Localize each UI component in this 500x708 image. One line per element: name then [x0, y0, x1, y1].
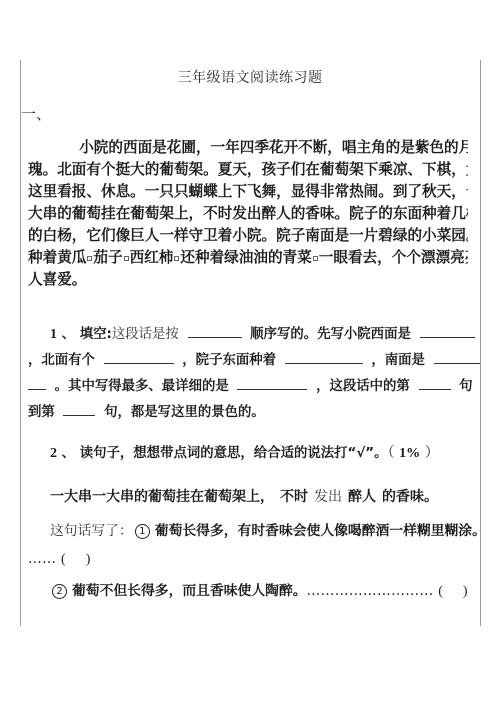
option-1-line: 这句话写了：1葡萄长得多，有时香味会使人像喝醉酒一样糊里糊涂。	[28, 520, 468, 548]
passage-line: 人喜爱。	[28, 269, 468, 291]
question-label: 填空:	[80, 327, 112, 342]
score-value: 1%	[399, 446, 420, 461]
passage-fragment: 种着黄瓜	[28, 249, 86, 266]
dotted-word: 发出	[314, 489, 342, 505]
question-number: 2	[50, 446, 57, 461]
passage-fragment: 茄子	[93, 249, 122, 266]
question-text: 。其中写得最多、最详细的是	[55, 379, 229, 394]
missing-glyph-box	[124, 256, 129, 261]
dot-leader: ……	[28, 551, 56, 567]
question-separator: 、	[62, 327, 75, 342]
question-text: 到第	[28, 405, 55, 420]
page-border-left	[20, 60, 21, 626]
answer-paren-open: (	[438, 584, 443, 599]
answer-blank-start-sentence[interactable]	[419, 376, 451, 390]
question-text: 句	[459, 379, 472, 394]
question-text: 读句子，想想带点词的意思，给合适的说法打“√”。	[80, 446, 388, 461]
question-1-line: 。其中写得最多、最详细的是 ，这段话中的第 句	[28, 376, 468, 402]
passage-line: 小院的西面是花圃，一年四季花开不断，唱主角的是紫色的月季和各色玫	[28, 137, 468, 159]
question-1: 1 、 填空:这段话是按 顺序写的。先写小院西面是 ，北面有个 ，院子东面种着 …	[28, 324, 468, 428]
question-1-line: ，北面有个 ，院子东面种着 ，南面是	[28, 350, 468, 376]
option-text: 葡萄长得多，有时香味会使人像喝醉酒一样糊里糊涂。	[155, 523, 486, 539]
sentence-text: 的香味。	[382, 489, 438, 505]
option-1-line: …… ()	[28, 548, 468, 576]
answer-paren-close: )	[86, 552, 91, 567]
answer-blank-end-sentence[interactable]	[63, 402, 95, 416]
section-number: 一、	[21, 103, 51, 124]
option-text: 葡萄不但长得多，而且香味使人陶醉。	[72, 583, 307, 599]
question-text: ，这段话中的第	[316, 379, 410, 394]
answer-blank-most-detailed[interactable]	[237, 376, 307, 390]
example-sentence: 一大串一大串的葡萄挂在葡萄架上，不时发出醉人的香味。	[50, 486, 490, 508]
question-text: ，院子东面种着	[182, 353, 276, 368]
question-2: 2 、 读句子，想想带点词的意思，给合适的说法打“√”。（ 1% ）	[28, 443, 468, 473]
missing-glyph-box	[174, 256, 179, 261]
worksheet-title: 三年级语文阅读练习题	[0, 67, 500, 87]
passage-line: 的白杨，它们像巨人一样守卫着小院。院子南面是一片碧绿的小菜园。地里	[28, 225, 468, 247]
passage-fragment: 西红柿	[130, 249, 174, 266]
dot-leader: ………………………	[307, 583, 434, 599]
question-1-line: 1 、 填空:这段话是按 顺序写的。先写小院西面是	[28, 324, 468, 350]
option-2: 2葡萄不但长得多，而且香味使人陶醉。……………………… ()	[50, 580, 490, 603]
missing-glyph-box	[87, 256, 92, 261]
answer-blank-south-cont[interactable]	[28, 376, 46, 390]
worksheet-page: 三年级语文阅读练习题 一、 小院的西面是花圃，一年四季花开不断，唱主角的是紫色的…	[0, 0, 500, 708]
question-text: ，北面有个	[28, 353, 95, 368]
passage-line: 这里看报、休息。一只只蝴蝶上下飞舞，显得非常热闹。到了秋天，一大串一	[28, 181, 468, 203]
circled-number-1: 1	[135, 524, 150, 539]
answer-blank-east[interactable]	[285, 350, 363, 364]
answer-blank-south[interactable]	[434, 350, 480, 364]
passage-fragment: 一眼看去，个个漂漂亮亮，惹	[319, 249, 468, 266]
passage-line: 瑰。北面有个挺大的葡萄架。夏天，孩子们在葡萄架下乘凉、下棋，大人们在	[28, 159, 468, 181]
answer-paren-open: (	[61, 552, 66, 567]
score-paren-open: （	[387, 446, 394, 461]
question-text: ，南面是	[371, 353, 425, 368]
question-text: 句，都是写这里的景色的。	[104, 405, 265, 420]
question-1-line: 到第 句，都是写这里的景色的。	[28, 402, 468, 428]
answer-paren-close: )	[463, 584, 468, 599]
question-number: 1	[50, 327, 57, 342]
question-2-prompt: 2 、 读句子，想想带点词的意思，给合适的说法打“√”。（ 1% ）	[28, 443, 468, 473]
passage-fragment: 还种着绿油油的青菜	[180, 249, 311, 266]
answer-blank-north[interactable]	[104, 350, 174, 364]
reading-passage: 小院的西面是花圃，一年四季花开不断，唱主角的是紫色的月季和各色玫 瑰。北面有个挺…	[28, 137, 468, 291]
passage-line: 大串的葡萄挂在葡萄架上，不时发出醉人的香味。院子的东面种着几棵高大	[28, 203, 468, 225]
score-paren-close: ）	[425, 446, 439, 461]
dotted-word: 醉人	[348, 489, 376, 505]
circled-number-2: 2	[52, 584, 67, 599]
answer-blank-west[interactable]	[420, 324, 475, 338]
question-text: 这段话是按	[112, 327, 179, 342]
sentence-text: 一大串一大串的葡萄挂在葡萄架上，	[50, 489, 274, 505]
missing-glyph-box	[313, 256, 318, 261]
passage-line: 种着黄瓜茄子西红柿还种着绿油油的青菜一眼看去，个个漂漂亮亮，惹	[28, 247, 468, 269]
dotted-word: 不时	[280, 489, 308, 505]
question-text: 顺序写的。先写小院西面是	[250, 327, 411, 342]
question-separator: 、	[62, 446, 75, 461]
answer-blank-order[interactable]	[188, 324, 242, 338]
option-1: 这句话写了：1葡萄长得多，有时香味会使人像喝醉酒一样糊里糊涂。 …… ()	[28, 520, 468, 576]
options-intro: 这句话写了：	[50, 523, 133, 539]
